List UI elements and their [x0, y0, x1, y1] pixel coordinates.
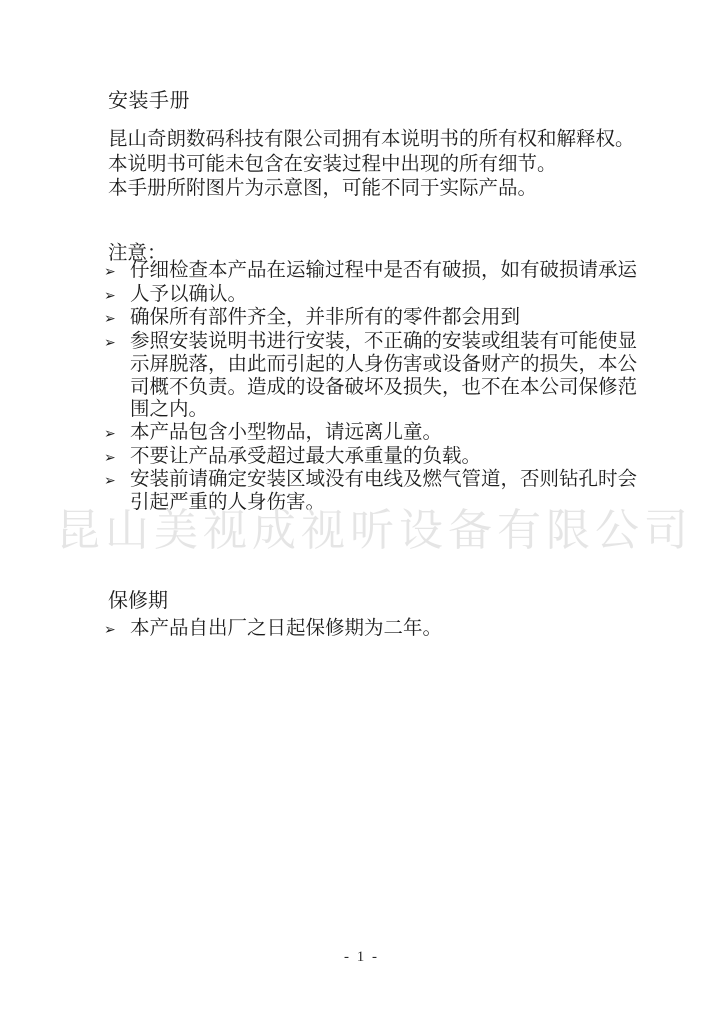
page-title: 安装手册 [108, 84, 190, 113]
list-item-text: 本产品自出厂之日起保修期为二年。 [130, 617, 664, 640]
arrow-bullet-icon: ➢ [104, 421, 130, 445]
list-item: ➢ 参照安装说明书进行安装，不正确的安装或组装有可能使显 示屏脱落，由此而引起的… [104, 330, 664, 421]
list-item-text: 人予以确认。 [130, 283, 664, 306]
list-item: ➢ 人予以确认。 [104, 283, 664, 307]
arrow-bullet-icon: ➢ [104, 283, 130, 307]
list-item-text: 参照安装说明书进行安装，不正确的安装或组装有可能使显 示屏脱落，由此而引起的人身… [130, 330, 664, 421]
list-item: ➢ 确保所有部件齐全，并非所有的零件都会用到 [104, 306, 664, 330]
list-item: ➢ 仔细检查本产品在运输过程中是否有破损，如有破损请承运 [104, 259, 664, 283]
page-number: - 1 - [0, 949, 723, 966]
list-item-text: 仔细检查本产品在运输过程中是否有破损，如有破损请承运 [130, 259, 664, 282]
warranty-list: ➢ 本产品自出厂之日起保修期为二年。 [104, 617, 664, 641]
intro-paragraph: 昆山奇朗数码科技有限公司拥有本说明书的所有权和解释权。 本说明书可能未包含在安装… [108, 127, 648, 201]
manual-page: { "doc": { "title": "安装手册", "intro_lines… [0, 0, 723, 1024]
notice-list: ➢ 仔细检查本产品在运输过程中是否有破损，如有破损请承运 ➢ 人予以确认。 ➢ … [104, 259, 664, 514]
list-item-text: 不要让产品承受超过最大承重量的负载。 [130, 445, 664, 468]
arrow-bullet-icon: ➢ [104, 468, 130, 492]
warranty-heading: 保修期 [108, 584, 168, 613]
arrow-bullet-icon: ➢ [104, 330, 130, 354]
arrow-bullet-icon: ➢ [104, 259, 130, 283]
list-item: ➢ 本产品自出厂之日起保修期为二年。 [104, 617, 664, 641]
list-item-text: 本产品包含小型物品，请远离儿童。 [130, 421, 664, 444]
list-item-text: 确保所有部件齐全，并非所有的零件都会用到 [130, 306, 664, 329]
arrow-bullet-icon: ➢ [104, 617, 130, 641]
list-item: ➢ 本产品包含小型物品，请远离儿童。 [104, 421, 664, 445]
list-item: ➢ 不要让产品承受超过最大承重量的负载。 [104, 445, 664, 469]
company-watermark: 昆山美视成视听设备有限公司 [56, 494, 693, 558]
arrow-bullet-icon: ➢ [104, 445, 130, 469]
arrow-bullet-icon: ➢ [104, 306, 130, 330]
